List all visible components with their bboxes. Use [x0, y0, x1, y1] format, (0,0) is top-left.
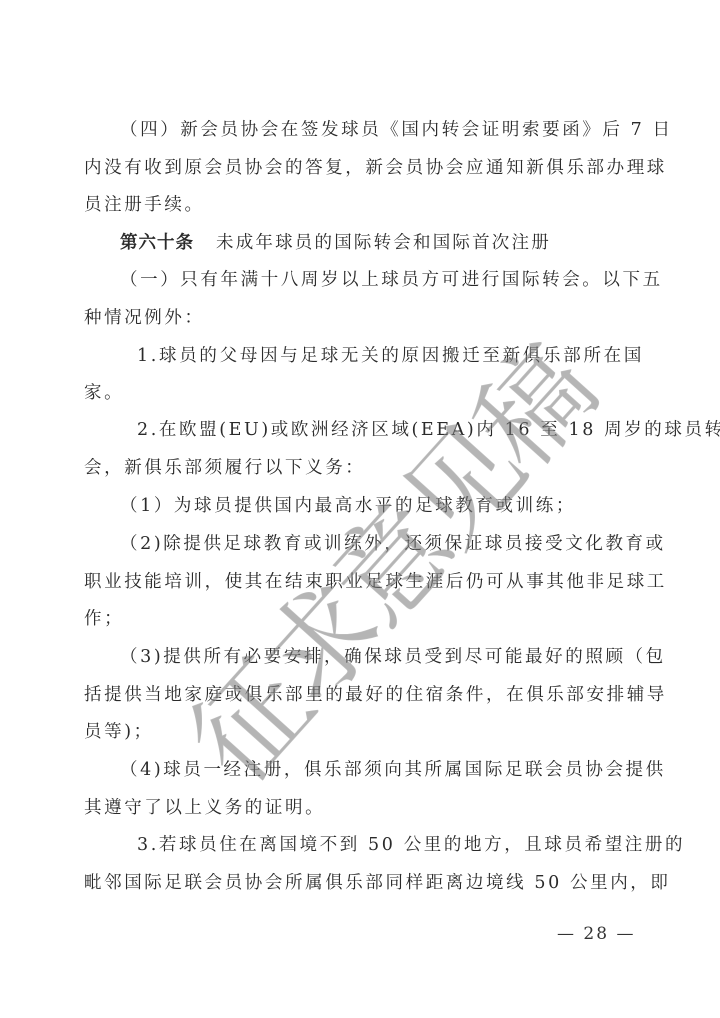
- paragraph-line: 毗邻国际足联会员协会所属俱乐部同样距离边境线 50 公里内，即: [84, 871, 644, 895]
- paragraph-line: 内没有收到原会员协会的答复，新会员协会应通知新俱乐部办理球: [84, 156, 644, 180]
- paragraph-line: 会，新俱乐部须履行以下义务：: [84, 456, 644, 480]
- article-label: 第六十条: [120, 233, 194, 253]
- paragraph-line: （一）只有年满十八周岁以上球员方可进行国际转会。以下五: [120, 268, 644, 292]
- article-heading: 第六十条未成年球员的国际转会和国际首次注册: [120, 231, 644, 255]
- page-number: — 28 —: [557, 924, 635, 944]
- paragraph-line: 作；: [84, 607, 644, 631]
- paragraph-line: 括提供当地家庭或俱乐部里的最好的住宿条件，在俱乐部安排辅导: [84, 683, 644, 707]
- paragraph-line: 2.在欧盟(EU)或欧洲经济区域(EEA)内 16 至 18 周岁的球员转: [137, 418, 644, 442]
- paragraph-line: 3.若球员住在离国境不到 50 公里的地方，且球员希望注册的: [137, 833, 644, 857]
- paragraph-line: 其遵守了以上义务的证明。: [84, 796, 644, 820]
- paragraph-line: 家。: [84, 381, 644, 405]
- paragraph-line: 种情况例外：: [84, 306, 644, 330]
- paragraph-line: （4)球员一经注册，俱乐部须向其所属国际足联会员协会提供: [120, 758, 644, 782]
- paragraph-line: 员等)；: [84, 720, 644, 744]
- paragraph-line: （1）为球员提供国内最高水平的足球教育或训练；: [120, 494, 644, 518]
- article-title: 未成年球员的国际转会和国际首次注册: [216, 233, 551, 253]
- paragraph-line: 职业技能培训，使其在结束职业足球生涯后仍可从事其他非足球工: [84, 570, 644, 594]
- paragraph-line: （四）新会员协会在签发球员《国内转会证明索要函》后 7 日: [120, 118, 644, 142]
- document-page: （四）新会员协会在签发球员《国内转会证明索要函》后 7 日 内没有收到原会员协会…: [0, 0, 720, 1018]
- paragraph-line: 员注册手续。: [84, 193, 644, 217]
- paragraph-line: 1.球员的父母因与足球无关的原因搬迁至新俱乐部所在国: [137, 344, 644, 368]
- paragraph-line: （2)除提供足球教育或训练外，还须保证球员接受文化教育或: [120, 532, 644, 556]
- paragraph-line: （3)提供所有必要安排，确保球员受到尽可能最好的照顾（包: [120, 645, 644, 669]
